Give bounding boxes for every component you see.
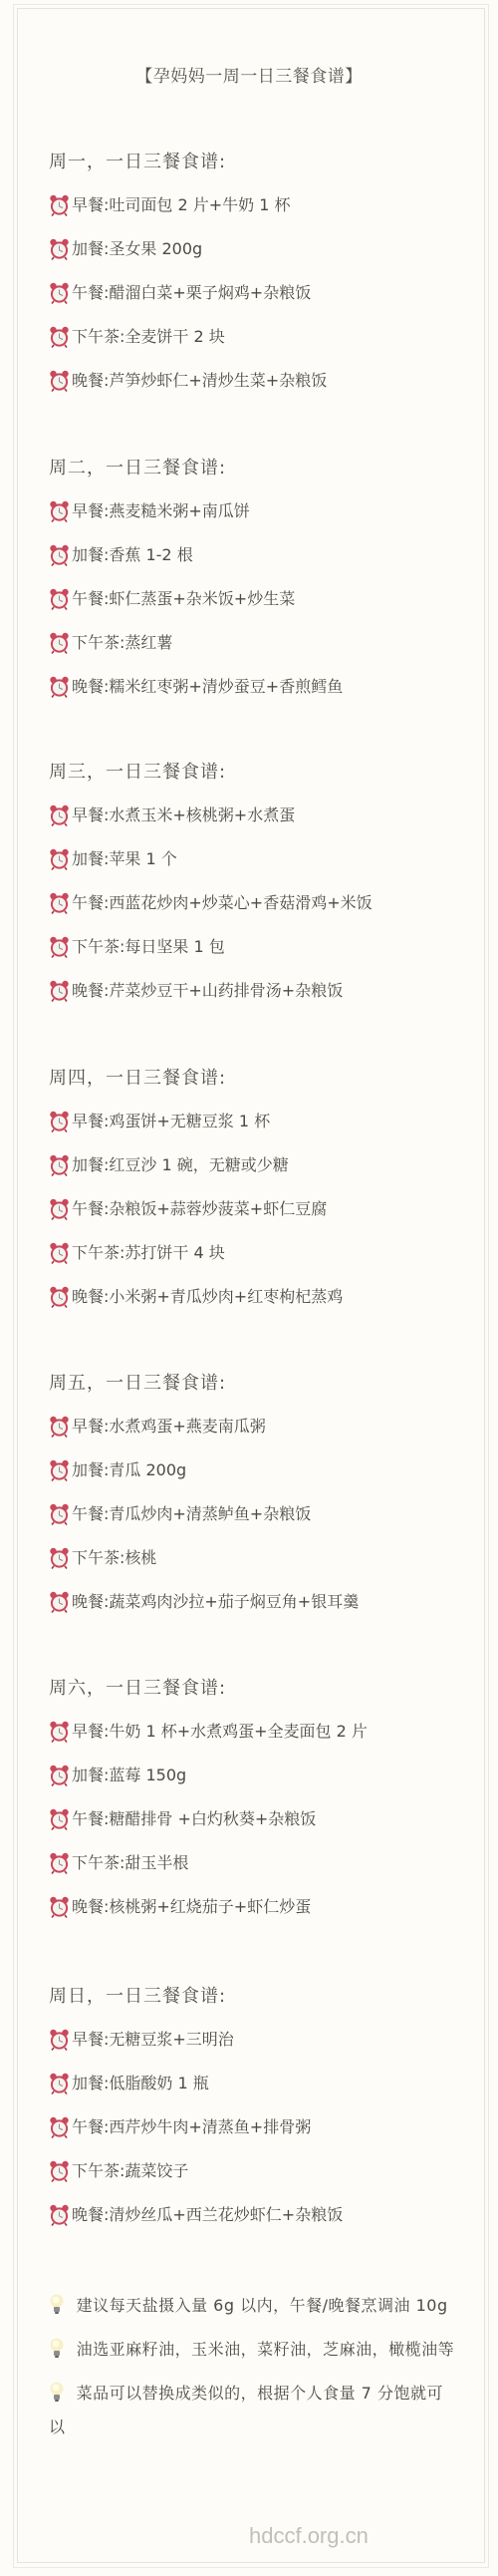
tips-list: 建议每天盐摄入量 6g 以内，午餐/晚餐烹调油 10g 油选亚麻籽油，玉米油，菜…	[49, 2289, 459, 2454]
meal-item: 午餐:西蓝花炒肉+炒菜心+香菇滑鸡+米饭	[49, 892, 467, 936]
meal-item: 加餐:苹果 1 个	[49, 848, 467, 892]
meal-item: 晚餐:小米粥+青瓜炒肉+红枣枸杞蒸鸡	[49, 1286, 467, 1330]
day-section: 周一，一日三餐食谱: 早餐:吐司面包 2 片+牛奶 1 杯 加餐:圣女果 200…	[49, 150, 467, 414]
meal-text: 早餐:水煮玉米+核桃粥+水煮蛋	[72, 805, 295, 826]
meal-item: 晚餐:清炒丝瓜+西兰花炒虾仁+杂粮饭	[49, 2204, 467, 2248]
meal-item: 晚餐:核桃粥+红烧茄子+虾仁炒蛋	[49, 1896, 467, 1940]
meal-text: 晚餐:糯米红枣粥+清炒蚕豆+香煎鳕鱼	[72, 676, 343, 698]
tip-text: 菜品可以替换成类似的，根据个人食量 7 分饱就可以	[49, 2384, 443, 2436]
meal-text: 晚餐:芦笋炒虾仁+清炒生菜+杂粮饭	[72, 370, 327, 392]
day-heading: 周六，一日三餐食谱:	[49, 1676, 467, 1702]
meal-text: 下午茶:苏打饼干 4 块	[72, 1242, 225, 1264]
meal-item: 早餐:水煮玉米+核桃粥+水煮蛋	[49, 805, 467, 848]
meal-item: 加餐:青瓜 200g	[49, 1459, 467, 1503]
day-section: 周五，一日三餐食谱: 早餐:水煮鸡蛋+燕麦南瓜粥 加餐:青瓜 200g	[49, 1371, 467, 1635]
day-heading: 周一，一日三餐食谱:	[49, 150, 467, 175]
alarm-clock-icon	[49, 1154, 70, 1176]
alarm-clock-icon	[49, 848, 70, 870]
day-section: 周日，一日三餐食谱: 早餐:无糖豆浆+三明治 加餐:低脂酸奶 1 瓶	[49, 1984, 467, 2248]
alarm-clock-icon	[49, 676, 70, 698]
meal-text: 加餐:苹果 1 个	[72, 848, 177, 870]
meal-item: 午餐:西芹炒牛肉+清蒸鱼+排骨粥	[49, 2116, 467, 2160]
meal-text: 下午茶:每日坚果 1 包	[72, 936, 225, 958]
alarm-clock-icon	[49, 370, 70, 392]
meal-text: 下午茶:蔬菜饺子	[72, 2160, 188, 2182]
day-section: 周三，一日三餐食谱: 早餐:水煮玉米+核桃粥+水煮蛋 加餐:苹果 1 个	[49, 760, 467, 1024]
day-heading: 周三，一日三餐食谱:	[49, 760, 467, 786]
alarm-clock-icon	[49, 1721, 70, 1743]
meal-item: 午餐:醋溜白菜+栗子焖鸡+杂粮饭	[49, 282, 467, 326]
meal-text: 午餐:糖醋排骨 +白灼秋葵+杂粮饭	[72, 1808, 316, 1830]
alarm-clock-icon	[49, 1547, 70, 1569]
meal-text: 晚餐:核桃粥+红烧茄子+虾仁炒蛋	[72, 1896, 311, 1918]
alarm-clock-icon	[49, 2204, 70, 2226]
meal-text: 加餐:低脂酸奶 1 瓶	[72, 2073, 209, 2094]
meal-text: 下午茶:全麦饼干 2 块	[72, 326, 225, 348]
alarm-clock-icon	[49, 1286, 70, 1308]
meal-item: 下午茶:全麦饼干 2 块	[49, 326, 467, 370]
alarm-clock-icon	[49, 2160, 70, 2182]
meal-text: 加餐:青瓜 200g	[72, 1459, 186, 1481]
meal-item: 晚餐:芹菜炒豆干+山药排骨汤+杂粮饭	[49, 980, 467, 1024]
meal-item: 午餐:青瓜炒肉+清蒸鲈鱼+杂粮饭	[49, 1503, 467, 1547]
meal-text: 晚餐:清炒丝瓜+西兰花炒虾仁+杂粮饭	[72, 2204, 343, 2226]
alarm-clock-icon	[49, 1242, 70, 1264]
day-heading: 周二，一日三餐食谱:	[49, 456, 467, 482]
meal-text: 加餐:圣女果 200g	[72, 238, 202, 260]
tip-text: 建议每天盐摄入量 6g 以内，午餐/晚餐烹调油 10g	[77, 2296, 448, 2315]
meal-text: 下午茶:蒸红薯	[72, 632, 172, 654]
meal-item: 早餐:吐司面包 2 片+牛奶 1 杯	[49, 194, 467, 238]
meal-item: 下午茶:蒸红薯	[49, 632, 467, 676]
meal-item: 午餐:杂粮饭+蒜蓉炒菠菜+虾仁豆腐	[49, 1198, 467, 1242]
meal-item: 加餐:低脂酸奶 1 瓶	[49, 2073, 467, 2116]
alarm-clock-icon	[49, 2116, 70, 2138]
meal-text: 午餐:杂粮饭+蒜蓉炒菠菜+虾仁豆腐	[72, 1198, 327, 1220]
day-section: 周六，一日三餐食谱: 早餐:牛奶 1 杯+水煮鸡蛋+全麦面包 2 片 加餐:蓝莓…	[49, 1676, 467, 1940]
alarm-clock-icon	[49, 1459, 70, 1481]
meal-item: 加餐:圣女果 200g	[49, 238, 467, 282]
meal-item: 午餐:糖醋排骨 +白灼秋葵+杂粮饭	[49, 1808, 467, 1852]
alarm-clock-icon	[49, 980, 70, 1002]
meal-item: 晚餐:芦笋炒虾仁+清炒生菜+杂粮饭	[49, 370, 467, 414]
meal-text: 午餐:西芹炒牛肉+清蒸鱼+排骨粥	[72, 2116, 311, 2138]
meal-text: 早餐:牛奶 1 杯+水煮鸡蛋+全麦面包 2 片	[72, 1721, 368, 1743]
meal-item: 加餐:香蕉 1-2 根	[49, 544, 467, 588]
meal-item: 早餐:牛奶 1 杯+水煮鸡蛋+全麦面包 2 片	[49, 1721, 467, 1765]
page-title: 【孕妈妈一周一日三餐食谱】	[0, 62, 498, 87]
meal-item: 加餐:蓝莓 150g	[49, 1765, 467, 1808]
alarm-clock-icon	[49, 1111, 70, 1132]
day-heading: 周五，一日三餐食谱:	[49, 1371, 467, 1397]
meal-item: 早餐:鸡蛋饼+无糖豆浆 1 杯	[49, 1111, 467, 1154]
meal-text: 晚餐:蔬菜鸡肉沙拉+茄子焖豆角+银耳羹	[72, 1591, 359, 1613]
meal-text: 午餐:虾仁蒸蛋+杂米饭+炒生菜	[72, 588, 295, 610]
alarm-clock-icon	[49, 1503, 70, 1525]
tip-item: 油选亚麻籽油，玉米油，菜籽油，芝麻油，橄榄油等	[49, 2333, 459, 2367]
meal-text: 午餐:西蓝花炒肉+炒菜心+香菇滑鸡+米饭	[72, 892, 373, 914]
meal-item: 午餐:虾仁蒸蛋+杂米饭+炒生菜	[49, 588, 467, 632]
meal-text: 早餐:吐司面包 2 片+牛奶 1 杯	[72, 194, 291, 216]
alarm-clock-icon	[49, 1416, 70, 1438]
day-section: 周二，一日三餐食谱: 早餐:燕麦糙米粥+南瓜饼 加餐:香蕉 1-2 根	[49, 456, 467, 720]
alarm-clock-icon	[49, 588, 70, 610]
light-bulb-icon	[49, 2293, 65, 2315]
alarm-clock-icon	[49, 500, 70, 522]
meal-text: 午餐:青瓜炒肉+清蒸鲈鱼+杂粮饭	[72, 1503, 311, 1525]
day-section: 周四，一日三餐食谱: 早餐:鸡蛋饼+无糖豆浆 1 杯 加餐:红豆沙 1 碗，无糖…	[49, 1066, 467, 1330]
alarm-clock-icon	[49, 326, 70, 348]
tip-text: 油选亚麻籽油，玉米油，菜籽油，芝麻油，橄榄油等	[77, 2340, 455, 2359]
watermark: hdccf.org.cn	[249, 2523, 369, 2549]
tip-item: 建议每天盐摄入量 6g 以内，午餐/晚餐烹调油 10g	[49, 2289, 459, 2323]
meal-text: 加餐:红豆沙 1 碗，无糖或少糖	[72, 1154, 289, 1176]
alarm-clock-icon	[49, 282, 70, 304]
alarm-clock-icon	[49, 892, 70, 914]
meal-item: 晚餐:糯米红枣粥+清炒蚕豆+香煎鳕鱼	[49, 676, 467, 720]
meal-text: 加餐:蓝莓 150g	[72, 1765, 186, 1786]
alarm-clock-icon	[49, 238, 70, 260]
meal-text: 午餐:醋溜白菜+栗子焖鸡+杂粮饭	[72, 282, 311, 304]
meal-text: 早餐:燕麦糙米粥+南瓜饼	[72, 500, 250, 522]
alarm-clock-icon	[49, 1765, 70, 1786]
meal-item: 晚餐:蔬菜鸡肉沙拉+茄子焖豆角+银耳羹	[49, 1591, 467, 1635]
meal-item: 下午茶:核桃	[49, 1547, 467, 1591]
day-heading: 周日，一日三餐食谱:	[49, 1984, 467, 2010]
meal-text: 早餐:无糖豆浆+三明治	[72, 2029, 234, 2051]
meal-text: 下午茶:甜玉半根	[72, 1852, 188, 1874]
meal-item: 下午茶:苏打饼干 4 块	[49, 1242, 467, 1286]
alarm-clock-icon	[49, 805, 70, 826]
meal-item: 下午茶:每日坚果 1 包	[49, 936, 467, 980]
meal-item: 加餐:红豆沙 1 碗，无糖或少糖	[49, 1154, 467, 1198]
meal-item: 早餐:无糖豆浆+三明治	[49, 2029, 467, 2073]
meal-item: 早餐:水煮鸡蛋+燕麦南瓜粥	[49, 1416, 467, 1459]
day-heading: 周四，一日三餐食谱:	[49, 1066, 467, 1092]
alarm-clock-icon	[49, 2073, 70, 2094]
light-bulb-icon	[49, 2381, 65, 2403]
alarm-clock-icon	[49, 194, 70, 216]
meal-text: 下午茶:核桃	[72, 1547, 156, 1569]
alarm-clock-icon	[49, 1852, 70, 1874]
alarm-clock-icon	[49, 1896, 70, 1918]
meal-item: 下午茶:蔬菜饺子	[49, 2160, 467, 2204]
alarm-clock-icon	[49, 1808, 70, 1830]
meal-text: 早餐:水煮鸡蛋+燕麦南瓜粥	[72, 1416, 266, 1438]
alarm-clock-icon	[49, 936, 70, 958]
meal-item: 下午茶:甜玉半根	[49, 1852, 467, 1896]
meal-text: 晚餐:芹菜炒豆干+山药排骨汤+杂粮饭	[72, 980, 343, 1002]
alarm-clock-icon	[49, 632, 70, 654]
light-bulb-icon	[49, 2337, 65, 2359]
alarm-clock-icon	[49, 1591, 70, 1613]
alarm-clock-icon	[49, 2029, 70, 2051]
meal-text: 早餐:鸡蛋饼+无糖豆浆 1 杯	[72, 1111, 270, 1132]
meal-item: 早餐:燕麦糙米粥+南瓜饼	[49, 500, 467, 544]
tip-item: 菜品可以替换成类似的，根据个人食量 7 分饱就可以	[49, 2377, 459, 2444]
meal-text: 加餐:香蕉 1-2 根	[72, 544, 193, 566]
meal-text: 晚餐:小米粥+青瓜炒肉+红枣枸杞蒸鸡	[72, 1286, 343, 1308]
alarm-clock-icon	[49, 1198, 70, 1220]
alarm-clock-icon	[49, 544, 70, 566]
